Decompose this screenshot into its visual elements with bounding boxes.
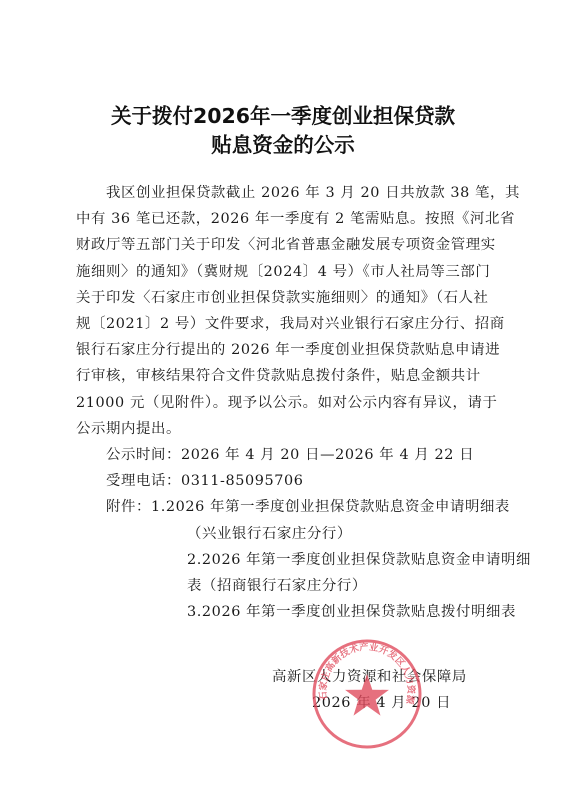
attachments-label: 附件： <box>106 499 151 515</box>
paragraph-line: 我区创业担保贷款截止 2026 年 3 月 20 日共放款 38 笔，其 <box>76 180 494 206</box>
title-line-1: 关于拨付2026年一季度创业担保贷款 <box>0 102 566 131</box>
signature-block: 高新区人力资源和社会保障局 2026 年 4 月 20 日 <box>272 664 467 716</box>
publicity-period: 公示时间：2026 年 4 月 20 日—2026 年 4 月 22 日 <box>76 442 494 468</box>
paragraph-line: 施细则〉的通知》（冀财规〔2024〕4 号）《市人社局等三部门 <box>76 259 494 285</box>
paragraph-line: 中有 36 笔已还款，2026 年一季度有 2 笔需贴息。按照《河北省 <box>76 206 494 232</box>
paragraph-line: 财政厅等五部门关于印发〈河北省普惠金融发展专项资金管理实 <box>76 232 494 258</box>
attachment-item-2-cont: 表（招商银行石家庄分行） <box>76 573 494 599</box>
contact-phone: 受理电话：0311-85095706 <box>76 468 494 494</box>
title-line-2: 贴息资金的公示 <box>0 131 566 160</box>
attachment-item-3: 3.2026 年第一季度创业担保贷款贴息拨付明细表 <box>76 599 494 625</box>
paragraph-line: 21000 元（见附件）。现予以公示。如对公示内容有异议，请于 <box>76 390 494 416</box>
main-paragraph: 我区创业担保贷款截止 2026 年 3 月 20 日共放款 38 笔，其 中有 … <box>76 180 494 442</box>
attachment-item-1-cont: （兴业银行石家庄分行） <box>76 521 494 547</box>
paragraph-line: 规〔2021〕2 号）文件要求，我局对兴业银行石家庄分行、招商 <box>76 311 494 337</box>
document-body: 我区创业担保贷款截止 2026 年 3 月 20 日共放款 38 笔，其 中有 … <box>76 180 494 625</box>
issuing-organization: 高新区人力资源和社会保障局 <box>272 664 467 690</box>
attachment-item-1: 附件：1.2026 年第一季度创业担保贷款贴息资金申请明细表 <box>76 494 494 520</box>
document-title: 关于拨付2026年一季度创业担保贷款 贴息资金的公示 <box>0 102 566 160</box>
paragraph-line: 关于印发〈石家庄市创业担保贷款实施细则〉的通知》（石人社 <box>76 285 494 311</box>
paragraph-line: 公示期内提出。 <box>76 416 494 442</box>
paragraph-line: 行审核，审核结果符合文件贷款贴息拨付条件，贴息金额共计 <box>76 363 494 389</box>
paragraph-line: 银行石家庄分行提出的 2026 年一季度创业担保贷款贴息申请进 <box>76 337 494 363</box>
issue-date: 2026 年 4 月 20 日 <box>272 690 467 716</box>
attachment-item-2: 2.2026 年第一季度创业担保贷款贴息资金申请明细 <box>76 547 494 573</box>
attachments-list: 附件：1.2026 年第一季度创业担保贷款贴息资金申请明细表 （兴业银行石家庄分… <box>76 494 494 625</box>
